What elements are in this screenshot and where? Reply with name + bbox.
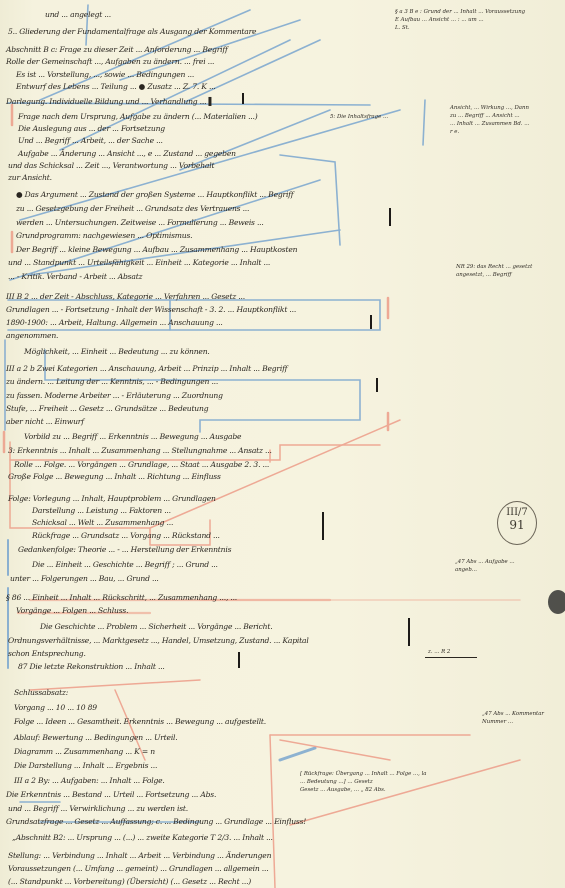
manuscript-line: aber nicht ... Einwurf xyxy=(6,417,84,426)
manuscript-line: III B 2 ... der Zeit - Abschluss, Katego… xyxy=(6,292,245,301)
margin-bar xyxy=(322,512,324,540)
margin-note: NR 29: das Recht ... gesetzt angesetzt, … xyxy=(456,263,532,279)
margin-bar xyxy=(242,93,244,104)
manuscript-line: Der Begriff ... kleine Bewegung ... Aufb… xyxy=(16,245,297,254)
manuscript-line: zu fassen. Moderne Arbeiter ... - Erläut… xyxy=(6,391,223,400)
manuscript-line: Grundlagen ... - Fortsetzung - Inhalt de… xyxy=(6,305,296,314)
manuscript-line: Rückfrage ... Grundsatz ... Vorgang ... … xyxy=(32,531,220,540)
manuscript-line: angenommen. xyxy=(6,331,58,340)
margin-bar xyxy=(370,315,372,329)
manuscript-line: ● Das Argument ... Zustand der großen Sy… xyxy=(16,190,293,199)
manuscript-line: Die Erkenntnis ... Bestand ... Urteil ..… xyxy=(6,790,216,799)
manuscript-line: und ... Standpunkt ... Urteilsfähigkeit … xyxy=(8,258,270,267)
manuscript-line: Darstellung ... Leistung ... Faktoren ..… xyxy=(32,506,171,515)
margin-note: Ansicht, ... Wirkung ..., Dann zu ... Be… xyxy=(450,104,529,136)
margin-bar xyxy=(376,378,378,392)
manuscript-line: Voraussetzungen (... Umfang ... gemeint)… xyxy=(8,864,268,873)
manuscript-line: III a 2 b Zwei Kategorien ... Anschauung… xyxy=(6,364,287,373)
margin-note: 5: Die Inhaltsfrage ... xyxy=(330,113,388,121)
manuscript-line: Die Auslegung aus ... der ... Fortsetzun… xyxy=(18,124,165,133)
manuscript-line: Die Darstellung ... Inhalt ... Ergebnis … xyxy=(14,761,157,770)
manuscript-line: Stufe, ... Freiheit ... Gesetz ... Grund… xyxy=(6,404,208,413)
margin-note: z. ... R 2 xyxy=(428,648,450,656)
margin-bar xyxy=(389,208,391,226)
manuscript-line: werden ... Untersuchungen. Zeitweise ...… xyxy=(16,218,264,227)
manuscript-line: Rolle ... Folge. ... Vorgängen ... Grund… xyxy=(14,460,269,469)
manuscript-line: Rolle der Gemeinschaft ..., Aufgaben zu … xyxy=(6,57,214,66)
manuscript-line: unter ... Folgerungen ... Bau, ... Grund… xyxy=(10,574,159,583)
manuscript-page: und ... angelegt ...5.. Gliederung der F… xyxy=(0,0,565,888)
manuscript-line: Ablauf: Bewertung ... Bedingungen ... Ur… xyxy=(14,733,178,742)
margin-note: „47 Abs ... Aufgabe ... angeb... xyxy=(455,558,515,574)
manuscript-line: schon Entsprechung. xyxy=(8,649,86,658)
manuscript-line: und ... Begriff ... Verwirklichung ... z… xyxy=(8,804,188,813)
manuscript-line: Folge: Vorlegung ... Inhalt, Hauptproble… xyxy=(8,494,216,503)
margin-bar xyxy=(238,652,240,668)
manuscript-line: 1890-1900: ... Arbeit, Haltung. Allgemei… xyxy=(6,318,223,327)
manuscript-line: Entwurf des Lebens ... Teilung ... ● Zus… xyxy=(16,82,216,91)
manuscript-line: Die Geschichte ... Problem ... Sicherhei… xyxy=(40,622,272,631)
manuscript-line: Darlegung. Individuelle Bildung und ... … xyxy=(6,97,214,106)
manuscript-line: Die ... Einheit ... Geschichte ... Begri… xyxy=(32,560,218,569)
margin-note: § a 3 B e : Grund der ... Inhalt ... Vor… xyxy=(395,8,525,32)
margin-note: [ Rückfrage: Übergang ... Inhalt ... Fol… xyxy=(300,770,427,794)
ink-blot xyxy=(548,590,565,614)
manuscript-line: Es ist ... Vorstellung, ..., sowie ... B… xyxy=(16,70,194,79)
manuscript-line: Gedankenfolge: Theorie ... - ... Herstel… xyxy=(18,545,231,554)
manuscript-line: zu ändern. ... Leitung der ... Kenntnis,… xyxy=(6,377,218,386)
manuscript-line: Diagramm ... Zusammenhang ... K = n xyxy=(14,747,155,756)
manuscript-line: Große Folge ... Bewegung ... Inhalt ... … xyxy=(8,472,221,481)
manuscript-line: Aufgabe ... Änderung ... Ansicht ..., e … xyxy=(18,149,236,158)
page-number-volume: III/7 xyxy=(498,507,536,518)
manuscript-line: Vorgang ... 10 ... 10 89 xyxy=(14,703,97,712)
margin-note: „47 Abs ... Kommentar Nummer ... xyxy=(482,710,544,726)
underline-mark xyxy=(425,657,477,658)
manuscript-line: zur Ansicht. xyxy=(8,173,52,182)
manuscript-line: Stellung: ... Verbindung ... Inhalt ... … xyxy=(8,851,271,860)
manuscript-line: Möglichkeit, ... Einheit ... Bedeutung .… xyxy=(24,347,210,356)
manuscript-line: Ordnungsverhältnisse, ... Marktgesetz ..… xyxy=(8,636,309,645)
manuscript-line: Frage nach dem Ursprung, Aufgabe zu ände… xyxy=(18,112,258,121)
manuscript-line: Und ... Begriff ... Arbeit, ... der Sach… xyxy=(18,136,163,145)
manuscript-line: Vorbild zu ... Begriff ... Erkenntnis ..… xyxy=(24,432,241,441)
manuscript-line: Vorgänge ... Folgen ... Schluss. xyxy=(16,606,128,615)
manuscript-line: (... Standpunkt ... Vorbereitung) (Übers… xyxy=(8,877,251,886)
manuscript-line: III a 2 By: ... Aufgaben: ... Inhalt ...… xyxy=(14,776,165,785)
page-number-stamp: III/7 91 xyxy=(497,501,537,545)
manuscript-line: Schicksal ... Welt ... Zusammenhang ... xyxy=(32,518,173,527)
manuscript-line: „Abschnitt B2: ... Ursprung ... (...) ..… xyxy=(12,833,273,842)
page-number-folio: 91 xyxy=(498,518,536,532)
manuscript-line: Grundprogramm: nachgewiesen ... Optimism… xyxy=(16,231,192,240)
manuscript-line: Folge ... Ideen ... Gesamtheit. Erkenntn… xyxy=(14,717,266,726)
manuscript-line: 87 Die letzte Rekonstruktion ... Inhalt … xyxy=(18,662,165,671)
margin-bar xyxy=(408,618,410,646)
manuscript-line: ... - Kritik. Verband - Arbeit ... Absat… xyxy=(8,272,142,281)
manuscript-line: § 86 ... Einheit ... Inhalt ... Rückschr… xyxy=(6,593,237,602)
manuscript-line: Abschnitt B c: Frage zu dieser Zeit ... … xyxy=(6,45,228,54)
manuscript-line: 5.. Gliederung der Fundamentalfrage als … xyxy=(8,27,256,36)
manuscript-line: und ... angelegt ... xyxy=(45,10,111,19)
manuscript-line: Grundsatzfrage ... Gesetz ... Auffassung… xyxy=(6,817,306,826)
manuscript-line: 3: Erkenntnis ... Inhalt ... Zusammenhan… xyxy=(8,446,272,455)
manuscript-line: Schlussabsatz: xyxy=(14,688,68,697)
manuscript-line: zu ... Gesetzgebung der Freiheit ... Gru… xyxy=(16,204,249,213)
manuscript-line: und das Schicksal ... Zeit ..., Verantwo… xyxy=(8,161,214,170)
